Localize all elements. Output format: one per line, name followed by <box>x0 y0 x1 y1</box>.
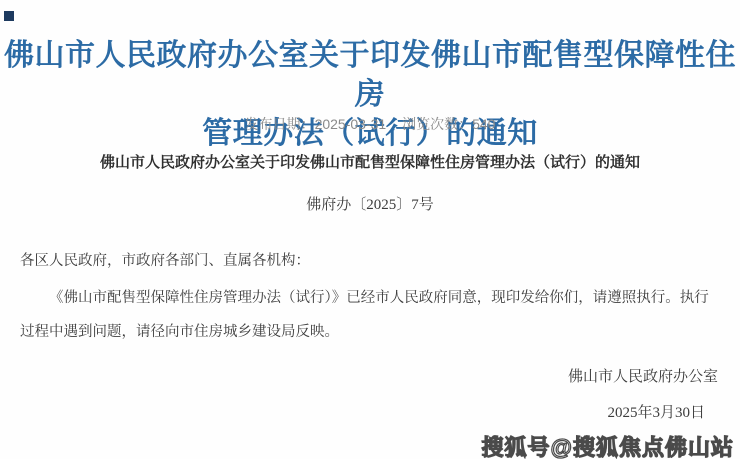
view-count-value: 540 <box>472 116 495 132</box>
publish-date-value: 2025-03-31 <box>315 116 387 132</box>
body-paragraph: 《佛山市配售型保障性住房管理办法（试行）》已经市人民政府同意，现印发给你们，请遵… <box>20 281 720 349</box>
publish-date: 发布日期：2025-03-31 <box>245 116 387 132</box>
signature-block: 佛山市人民政府办公室 2025年3月30日 <box>568 367 718 423</box>
meta-row: 发布日期：2025-03-31 浏览次数：540 <box>0 114 740 134</box>
notice-page: 佛山市人民政府办公室关于印发佛山市配售型保障性住房 管理办法（试行）的通知 发布… <box>0 0 740 459</box>
salutation: 各区人民政府，市政府各部门、直属各机构： <box>20 244 720 278</box>
sohu-watermark: 搜狐号@搜狐焦点佛山站 <box>482 431 734 459</box>
signature-name: 佛山市人民政府办公室 <box>568 367 718 387</box>
publish-date-label: 发布日期： <box>245 116 315 132</box>
corner-marker <box>4 11 14 21</box>
document-number: 佛府办〔2025〕7号 <box>0 193 740 214</box>
signature-date: 2025年3月30日 <box>568 403 718 423</box>
page-title: 佛山市人民政府办公室关于印发佛山市配售型保障性住房 管理办法（试行）的通知 <box>0 36 740 153</box>
page-title-line-1: 佛山市人民政府办公室关于印发佛山市配售型保障性住房 <box>0 36 740 114</box>
view-count-label: 浏览次数： <box>402 116 472 132</box>
document-title: 佛山市人民政府办公室关于印发佛山市配售型保障性住房管理办法（试行）的通知 <box>20 151 720 172</box>
document-body: 各区人民政府，市政府各部门、直属各机构： 《佛山市配售型保障性住房管理办法（试行… <box>20 244 720 349</box>
view-count: 浏览次数：540 <box>402 116 495 132</box>
